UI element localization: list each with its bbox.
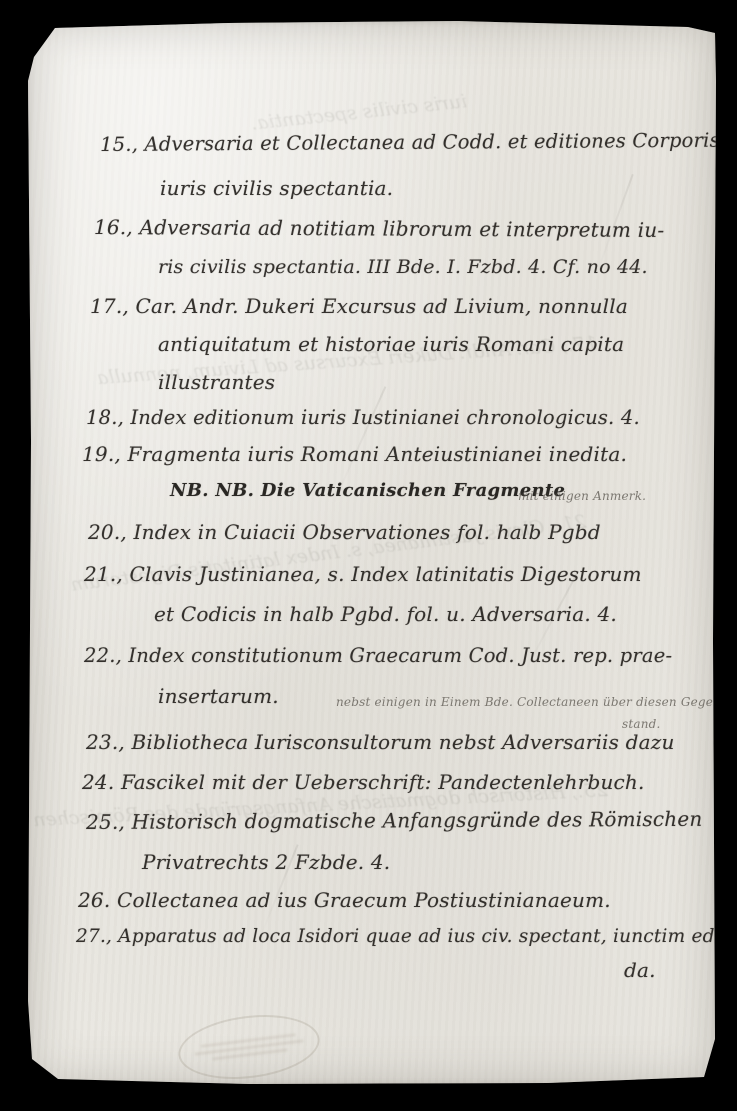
manuscript-line-16a: 16., Adversaria ad notitiam librorum et … (94, 215, 665, 242)
manuscript-line-17c: illustrantes (158, 370, 275, 394)
manuscript-line-18: 18., Index editionum iuris Iustinianei c… (86, 406, 640, 429)
manuscript-line-nb: NB. NB. Die Vaticanischen Fragmente (170, 480, 565, 501)
manuscript-line-25a: 25., Historisch dogmatische Anfangsgründ… (86, 807, 702, 834)
manuscript-line-nb-note: mit einigen Anmerk. (518, 489, 646, 503)
manuscript-line-15a: 15., Adversaria et Collectanea ad Codd. … (100, 129, 720, 156)
manuscript-line-27a: 27., Apparatus ad loca Isidori quae ad i… (76, 926, 737, 947)
manuscript-line-22c: nebst einigen in Einem Bde. Collectaneen… (336, 695, 725, 709)
manuscript-line-23: 23., Bibliotheca Iurisconsultorum nebst … (86, 730, 675, 754)
manuscript-line-21a: 21., Clavis Justinianea, s. Index latini… (84, 562, 642, 586)
library-stamp (175, 1008, 323, 1087)
manuscript-line-17b: antiquitatum et historiae iuris Romani c… (158, 332, 624, 356)
manuscript-line-24: 24. Fascikel mit der Ueberschrift: Pande… (82, 770, 645, 794)
manuscript-line-15b: iuris civilis spectantia. (160, 176, 393, 200)
manuscript-line-25b: Privatrechts 2 Fzbde. 4. (142, 850, 390, 874)
manuscript-line-17a: 17., Car. Andr. Dukeri Excursus ad Liviu… (90, 294, 628, 318)
manuscript-line-22a: 22., Index constitutionum Graecarum Cod.… (84, 644, 672, 667)
manuscript-line-27b: da. (624, 958, 656, 982)
scan-black-frame: 17., Car. Andr. Dukeri Excursus ad Liviu… (0, 0, 737, 1111)
manuscript-line-22d: stand. (622, 717, 661, 731)
manuscript-line-26: 26. Collectanea ad ius Graecum Postiusti… (78, 888, 611, 912)
manuscript-line-19: 19., Fragmenta iuris Romani Anteiustinia… (82, 442, 627, 466)
manuscript-line-22b: insertarum. (158, 684, 279, 708)
manuscript-line-20: 20., Index in Cuiacii Observationes fol.… (88, 520, 601, 544)
manuscript-line-16b: ris civilis spectantia. III Bde. I. Fzbd… (158, 256, 648, 278)
manuscript-line-21b: et Codicis in halb Pgbd. fol. u. Adversa… (154, 602, 617, 626)
manuscript-page: 17., Car. Andr. Dukeri Excursus ad Liviu… (28, 21, 716, 1084)
